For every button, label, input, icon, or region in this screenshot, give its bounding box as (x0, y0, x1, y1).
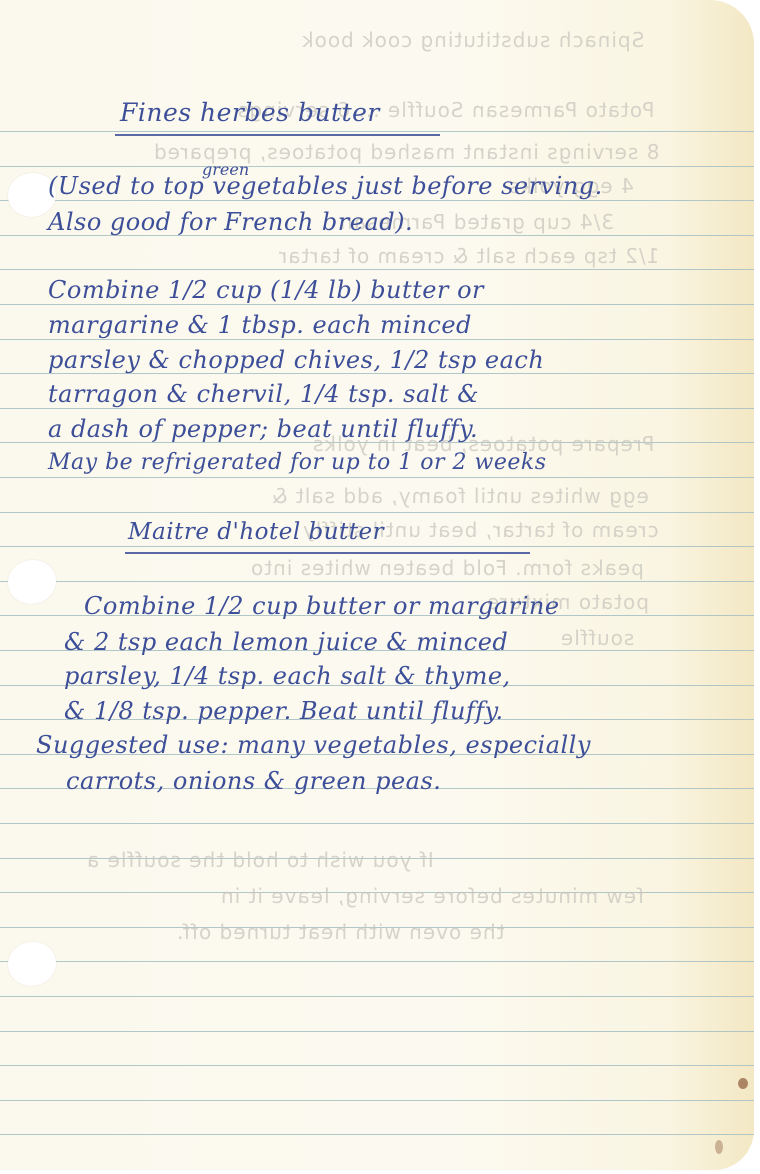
recipe-line: margarine & 1 tbsp. each minced (48, 311, 472, 339)
stain-spot (715, 1140, 723, 1154)
recipe-line: tarragon & chervil, 1/4 tsp. salt & (48, 380, 479, 408)
ruled-line (0, 131, 754, 132)
ruled-line (0, 1065, 754, 1066)
bleed-through-line: If you wish to hold the souffle a (86, 848, 434, 872)
recipe-line: May be refrigerated for up to 1 or 2 wee… (48, 450, 547, 475)
title-underline (125, 552, 530, 554)
notebook-page: Spinach substituting cook bookPotato Par… (0, 0, 754, 1170)
recipe-line: Combine 1/2 cup (1/4 lb) butter or (48, 276, 484, 304)
ruled-line (0, 477, 754, 478)
title-underline (115, 134, 440, 136)
recipe-title: Maitre d'hotel butter (128, 519, 384, 545)
bleed-through-line: 1/2 tsp each salt & cream of tartar (278, 244, 659, 268)
recipe-line: parsley & chopped chives, 1/2 tsp each (48, 346, 544, 374)
recipe-title: Fines herbes butter (120, 98, 380, 127)
ruled-line (0, 269, 754, 270)
stain-spot (738, 1078, 748, 1089)
ruled-line (0, 996, 754, 997)
recipe-line: Suggested use: many vegetables, especial… (36, 731, 591, 759)
recipe-line: parsley, 1/4 tsp. each salt & thyme, (64, 662, 511, 690)
ruled-line (0, 961, 754, 962)
bleed-through-line: the oven with heat turned off. (176, 920, 504, 944)
hole-punch-middle (8, 560, 56, 604)
bleed-through-line: peaks form. Fold beaten whites into (250, 556, 644, 580)
ruled-line (0, 823, 754, 824)
recipe-line: Also good for French bread). (48, 208, 413, 236)
bleed-through-line: egg whites until foamy, add salt & (271, 484, 649, 508)
ruled-line (0, 1100, 754, 1101)
recipe-line: Combine 1/2 cup butter or margarine (84, 592, 560, 620)
ruled-line (0, 581, 754, 582)
ruled-line (0, 200, 754, 201)
recipe-line: (Used to top vegetables just before serv… (48, 172, 603, 200)
ruled-line (0, 166, 754, 167)
ruled-line (0, 304, 754, 305)
recipe-line: a dash of pepper; beat until fluffy. (48, 415, 478, 443)
recipe-line: carrots, onions & green peas. (66, 767, 441, 795)
bleed-through-line: souffle (560, 626, 634, 650)
ruled-line (0, 512, 754, 513)
bleed-through-line: Spinach substituting cook book (301, 28, 644, 52)
recipe-line: & 1/8 tsp. pepper. Beat until fluffy. (64, 697, 504, 725)
bleed-through-line: few minutes before serving, leave it in (220, 884, 644, 908)
ruled-line (0, 408, 754, 409)
hole-punch-bottom (8, 942, 56, 986)
recipe-line: & 2 tsp each lemon juice & minced (64, 628, 508, 656)
ruled-line (0, 546, 754, 547)
ruled-line (0, 339, 754, 340)
ruled-line (0, 1134, 754, 1135)
ruled-line (0, 1031, 754, 1032)
